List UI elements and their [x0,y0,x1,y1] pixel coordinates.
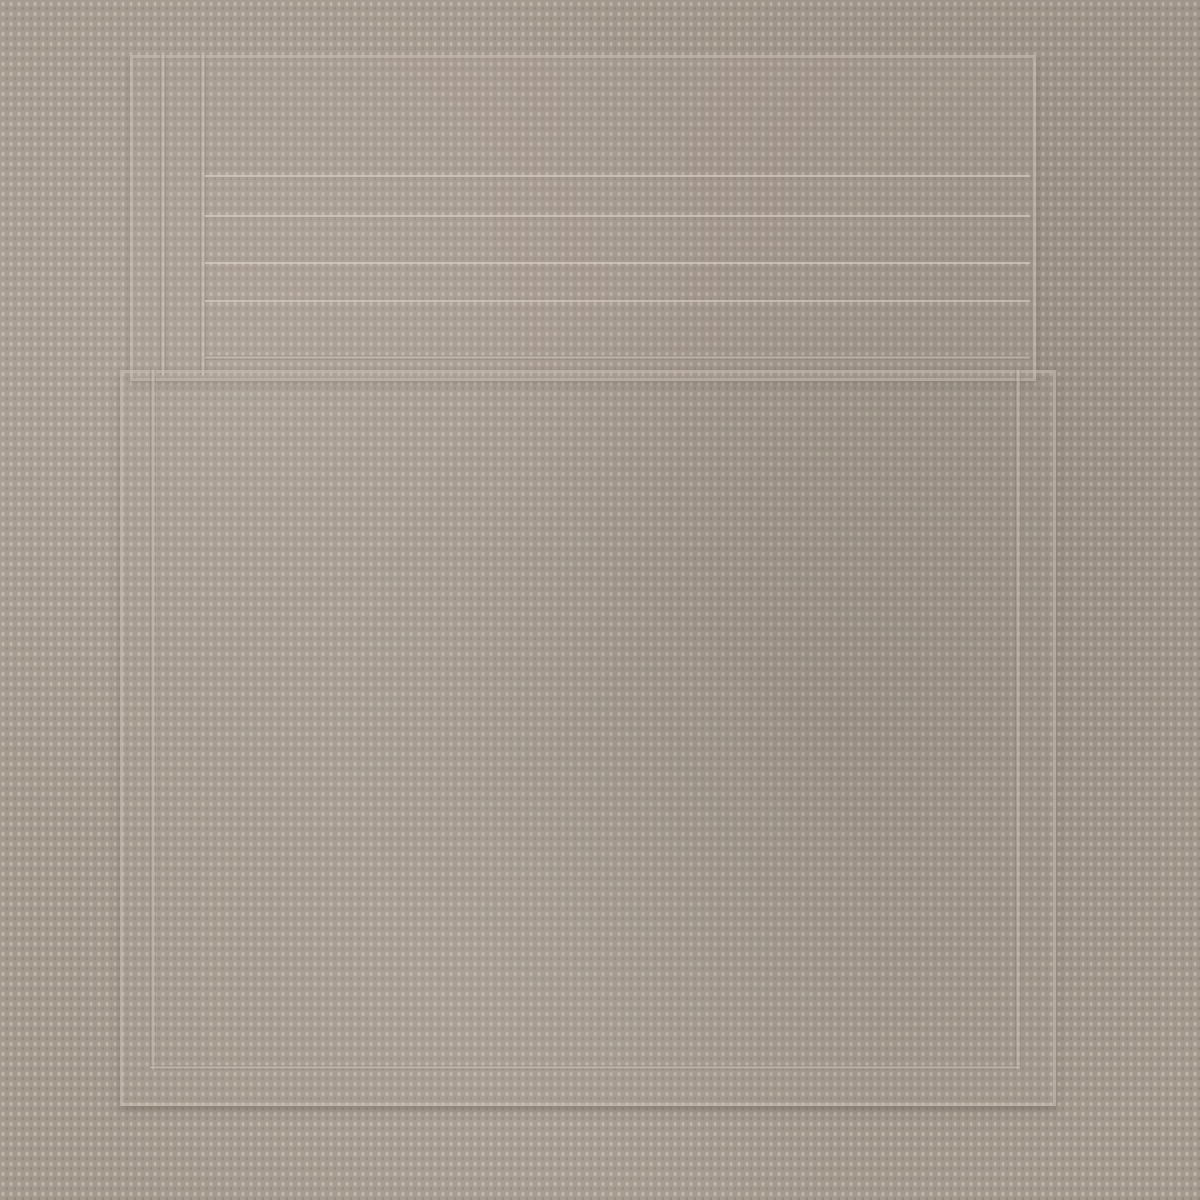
pocket-seam-bottom [150,1065,1020,1070]
patch-pocket [120,370,1056,1106]
flap-stripe-1 [205,175,1030,177]
pocket-seam-left [150,370,156,1070]
flap-stripe-2 [205,215,1030,217]
flap-stripe-4 [205,300,1030,302]
terry-cloth-photo [0,0,1200,1200]
pocket-flap-band [130,55,1036,381]
flap-stripe-3 [205,262,1030,264]
flap-seam-bottom [205,355,1030,360]
pocket-seam-right [1015,370,1021,1070]
flap-seam-left-1 [160,55,166,375]
